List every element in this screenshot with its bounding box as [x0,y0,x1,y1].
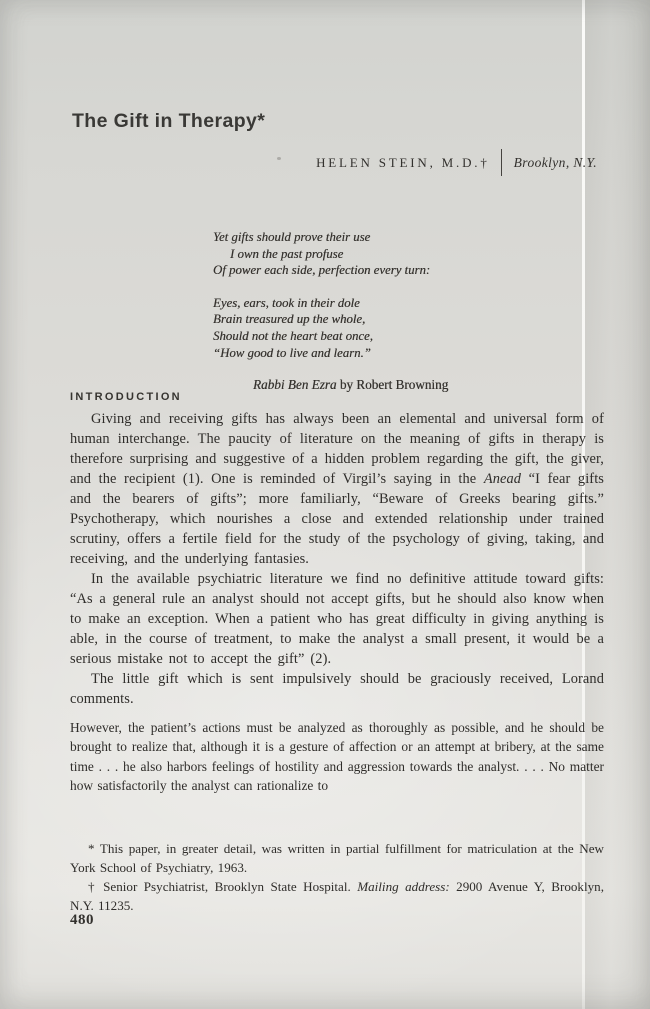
block-quote: However, the patient’s actions must be a… [70,718,604,796]
poem-stanza-2: Eyes, ears, took in their dole Brain tre… [213,295,448,361]
author-location: Brooklyn, N.Y. [514,155,597,171]
paragraph-3: The little gift which is sent impulsivel… [70,669,604,709]
byline-divider [501,149,502,176]
footnote-asterisk: * This paper, in greater detail, was wri… [70,839,604,877]
footnotes: * This paper, in greater detail, was wri… [70,839,604,915]
italic-work-title: Anead [484,471,521,487]
poem-line: Brain treasured up the whole, [213,311,448,328]
epigraph-poem: Yet gifts should prove their use I own t… [213,229,448,394]
paragraph-1: Giving and receiving gifts has always be… [70,409,604,569]
byline: HELEN STEIN, M.D.† Brooklyn, N.Y. [0,149,597,176]
poem-line: “How good to live and learn.” [213,345,448,362]
footnote-dagger-text: † Senior Psychiatrist, Brooklyn State Ho… [88,879,357,894]
section-heading: INTRODUCTION [70,391,604,403]
article-body: INTRODUCTION Giving and receiving gifts … [70,391,604,796]
poem-line: Yet gifts should prove their use [213,229,448,246]
scanned-paper-page: The Gift in Therapy* HELEN STEIN, M.D.† … [0,0,650,1009]
poem-line: Eyes, ears, took in their dole [213,295,448,312]
footnote-dagger: † Senior Psychiatrist, Brooklyn State Ho… [70,877,604,915]
poem-author: by Robert Browning [337,377,449,392]
page-number: 480 [70,912,94,929]
poem-line: Of power each side, perfection every tur… [213,262,448,279]
footnote-italic-label: Mailing address: [357,879,450,894]
poem-line: I own the past profuse [213,246,448,263]
poem-stanza-1: Yet gifts should prove their use I own t… [213,229,448,279]
author-name: HELEN STEIN, M.D.† [316,155,490,171]
poem-line: Should not the heart beat once, [213,328,448,345]
poem-work-title: Rabbi Ben Ezra [253,377,337,392]
scan-speck [277,157,281,160]
article-title: The Gift in Therapy* [72,110,265,133]
paragraph-2: In the available psychiatric literature … [70,569,604,669]
